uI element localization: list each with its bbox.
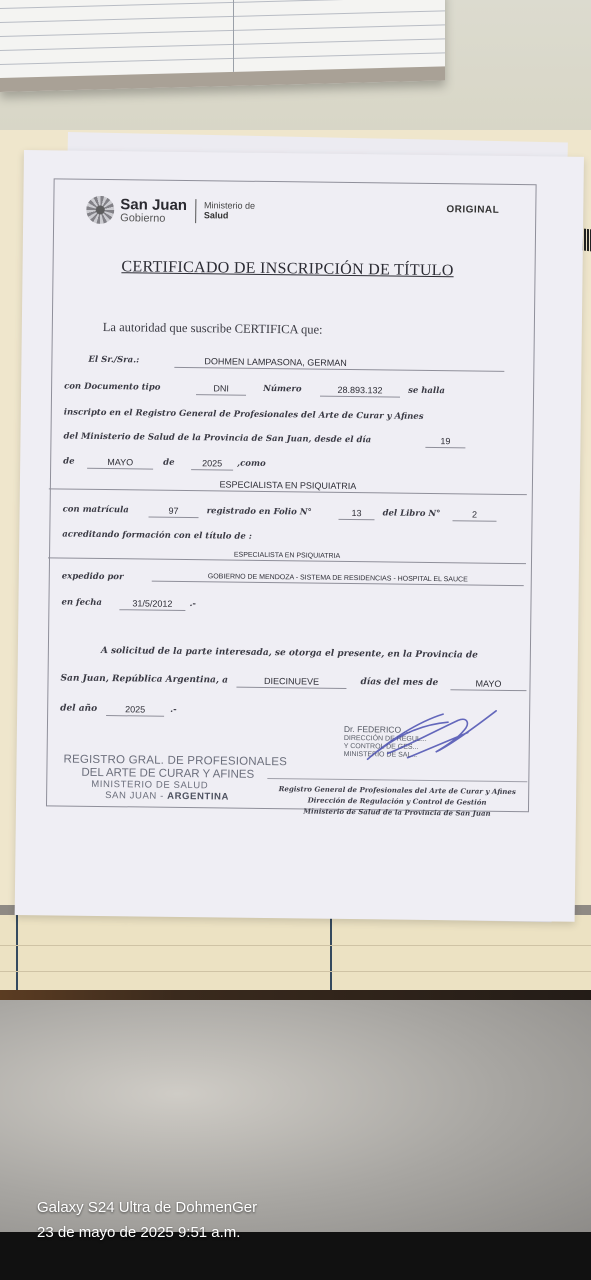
training-row: acreditando formación con el título de :	[56, 529, 523, 551]
matricula-label: con matrícula	[63, 504, 129, 515]
certificate-sheet: San Juan Gobierno Ministerio de Salud OR…	[15, 150, 584, 922]
matricula-value: 97	[149, 506, 199, 519]
closing-year-label: del año	[60, 703, 97, 713]
number-label: Número	[263, 384, 302, 394]
issued-row: expedido por GOBIERNO DE MENDOZA - SISTE…	[56, 571, 523, 593]
issue-date-label: en fecha	[61, 597, 102, 607]
libro-label: del Libro N°	[383, 508, 441, 519]
registry-footer-line3: Ministerio de Salud de la Provincia de S…	[267, 805, 527, 819]
training-label: acreditando formación con el título de :	[62, 529, 252, 541]
doc-type-value: DNI	[196, 383, 246, 396]
name-label: El Sr./Sra.:	[88, 355, 139, 366]
closing-year-suffix: .-	[170, 705, 177, 715]
de2-label: de	[163, 458, 174, 468]
registry-line1: inscripto en el Registro General de Prof…	[64, 408, 424, 422]
san-juan-emblem-icon	[86, 196, 114, 224]
registry-line2: del Ministerio de Salud de la Provincia …	[63, 432, 371, 446]
closing-days-label: días del mes de	[360, 677, 438, 688]
document-row: con Documento tipo DNI Número 28.893.132…	[58, 381, 525, 403]
closing-row-2: San Juan, República Argentina, a DIECINU…	[54, 673, 521, 695]
certificate-frame: San Juan Gobierno Ministerio de Salud OR…	[46, 178, 537, 812]
date-row: de MAYO de 2025 ,como	[57, 456, 524, 478]
registry-stamp-line4a: SAN JUAN -	[105, 790, 167, 802]
month-value: MAYO	[87, 457, 153, 470]
logo-title: San Juan	[120, 197, 187, 213]
closing-line1: A solicitud de la parte interesada, se o…	[101, 646, 478, 661]
title-row: ESPECIALISTA EN PSIQUIATRIA	[56, 549, 523, 571]
number-value: 28.893.132	[320, 385, 400, 398]
year-value: 2025	[191, 458, 233, 471]
issued-label: expedido por	[62, 571, 124, 582]
document-title: CERTIFICADO DE INSCRIPCIÓN DE TÍTULO	[97, 258, 477, 281]
closing-year-value: 2025	[106, 704, 164, 717]
issue-date-value: 31/5/2012	[119, 598, 185, 611]
found-label: se halla	[408, 386, 445, 396]
issue-date-suffix: .-	[189, 599, 196, 609]
closing-line2-prefix: San Juan, República Argentina, a	[60, 673, 228, 685]
name-value: DOHMEN LAMPASONA, GERMAN	[174, 356, 504, 372]
copy-label: ORIGINAL	[446, 204, 499, 216]
como-label: ,como	[237, 459, 266, 469]
intro-text: La autoridad que suscribe CERTIFICA que:	[103, 320, 323, 338]
handwritten-signature-icon	[347, 701, 498, 773]
ministry-line2: Salud	[204, 210, 229, 220]
logo-subtitle: Gobierno	[120, 213, 187, 225]
role-row: ESPECIALISTA EN PSIQUIATRIA	[57, 477, 524, 499]
matricula-row: con matrícula 97 registrado en Folio N° …	[56, 504, 523, 526]
notepad-stack	[0, 0, 445, 92]
timestamp-caption: 23 de mayo de 2025 9:51 a.m.	[37, 1224, 240, 1241]
header-logo: San Juan Gobierno Ministerio de Salud	[86, 196, 255, 226]
registry-row-2: del Ministerio de Salud de la Provincia …	[57, 431, 524, 453]
registry-stamp: REGISTRO GRAL. DE PROFESIONALES DEL ARTE…	[63, 754, 287, 805]
name-row: El Sr./Sra.: DOHMEN LAMPASONA, GERMAN	[58, 354, 525, 376]
role-value: ESPECIALISTA EN PSIQUIATRIA	[49, 477, 527, 495]
folio-label: registrado en Folio N°	[207, 506, 312, 517]
day-value: 19	[425, 436, 465, 448]
device-caption: Galaxy S24 Ultra de DohmenGer	[37, 1199, 257, 1216]
issue-date-row: en fecha 31/5/2012 .-	[55, 597, 522, 619]
de-label: de	[63, 457, 74, 467]
registry-row-1: inscripto en el Registro General de Prof…	[58, 407, 525, 429]
registry-stamp-line4b: ARGENTINA	[167, 791, 229, 803]
closing-days-value: DIECINUEVE	[236, 676, 346, 689]
closing-month-value: MAYO	[450, 678, 526, 691]
title-value: ESPECIALISTA EN PSIQUIATRIA	[48, 549, 526, 564]
logo-divider	[195, 199, 196, 223]
registry-footer: Registro General de Profesionales del Ar…	[267, 778, 527, 820]
folio-value: 13	[339, 508, 375, 520]
issued-value: GOBIERNO DE MENDOZA - SISTEMA DE RESIDEN…	[152, 573, 524, 587]
libro-value: 2	[452, 509, 496, 522]
closing-row-1: A solicitud de la parte interesada, se o…	[55, 645, 522, 667]
doc-type-label: con Documento tipo	[64, 382, 160, 393]
